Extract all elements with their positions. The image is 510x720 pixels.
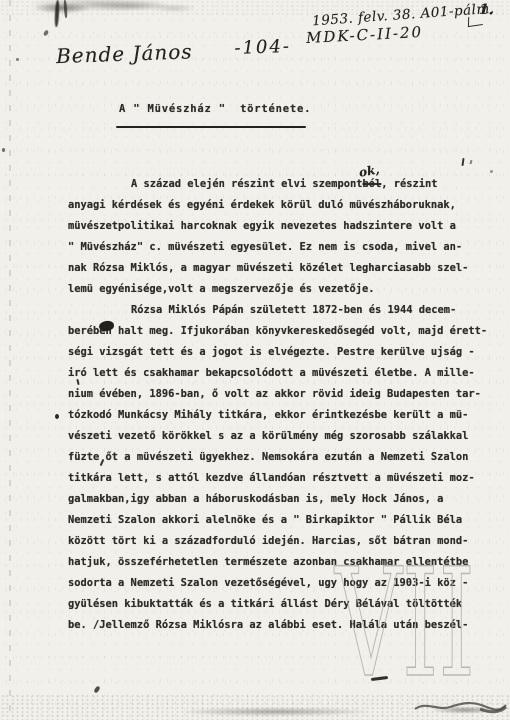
speck — [490, 170, 493, 173]
author-page-ref: -104- — [234, 36, 291, 62]
body-line: nium évében, 1896-ban, ő volt az akkor r… — [68, 384, 498, 405]
body-line: berében halt meg. Ifjukorában könyvkeres… — [68, 321, 498, 342]
line1-prefix: A század elején részint elvi szempont — [131, 178, 362, 190]
watermark-text: VII — [334, 543, 475, 703]
typo-correction: bólok, — [362, 174, 381, 195]
body-line: nak Rózsa Miklós, a magyar müvészeti köz… — [68, 258, 498, 279]
body-line: " Müvészház" c. müvészeti egyesület. Ez … — [68, 237, 498, 258]
body-line: lemü egyénisége,volt a megszervezője és … — [68, 279, 498, 300]
speck — [43, 29, 49, 36]
title-underline — [116, 126, 306, 128]
ink-streak — [63, 0, 67, 18]
document-title: A " Müvészház " története. — [119, 103, 311, 115]
author-name: Bende János — [56, 39, 193, 68]
body-line: füzte őt a müvészeti ügyekhez. Nemsokára… — [68, 447, 498, 468]
scanned-document-page: 1953. felv. 38. A01-pálm. MDK-C-II-20 1.… — [0, 0, 510, 720]
body-line: galmakban,igy abban a háboruskodásban is… — [68, 489, 498, 510]
margin-dot — [55, 414, 59, 419]
body-line: vészeti vezető körökkel s az a körülmény… — [68, 426, 498, 447]
body-line: Rózsa Miklós Pápán született 1872-ben és… — [68, 300, 498, 321]
margin-tick-mark — [470, 160, 472, 164]
body-line: müvészetpolitikai harcoknak egyik neveze… — [68, 216, 498, 237]
handwritten-page-number: 1. — [478, 2, 494, 19]
margin-tick-mark — [461, 158, 464, 166]
scan-blotch — [420, 704, 510, 716]
speck — [93, 685, 100, 693]
speck — [2, 148, 5, 152]
left-edge-crease — [9, 0, 11, 720]
body-line: anyagi kérdések és egyéni érdekek körül … — [68, 195, 498, 216]
body-line: iró lett és csakhamar bekapcsolódott a m… — [68, 363, 498, 384]
body-line: A század elején részint elvi szempontból… — [68, 174, 498, 195]
scan-smudge-top-left — [14, 0, 199, 24]
body-line: titkára lett, s attól kezdve állandóan r… — [68, 468, 498, 489]
handwritten-author-line: Bende János -104- — [56, 36, 292, 68]
speck — [16, 58, 19, 61]
scan-blotch — [140, 704, 410, 718]
body-line: tózkodó Munkácsy Mihály titkára, ekkor é… — [68, 405, 498, 426]
body-line: ségi vizsgát tett és a jogot is elvégezt… — [68, 342, 498, 363]
body-line: Nemzeti Szalon akkori alelnöke és a " Bi… — [68, 510, 498, 531]
line1-suffix: , részint — [381, 178, 437, 190]
ink-streak — [54, 0, 59, 27]
watermark-vii: VII — [331, 543, 479, 703]
handwritten-correction: ok, — [358, 159, 382, 183]
